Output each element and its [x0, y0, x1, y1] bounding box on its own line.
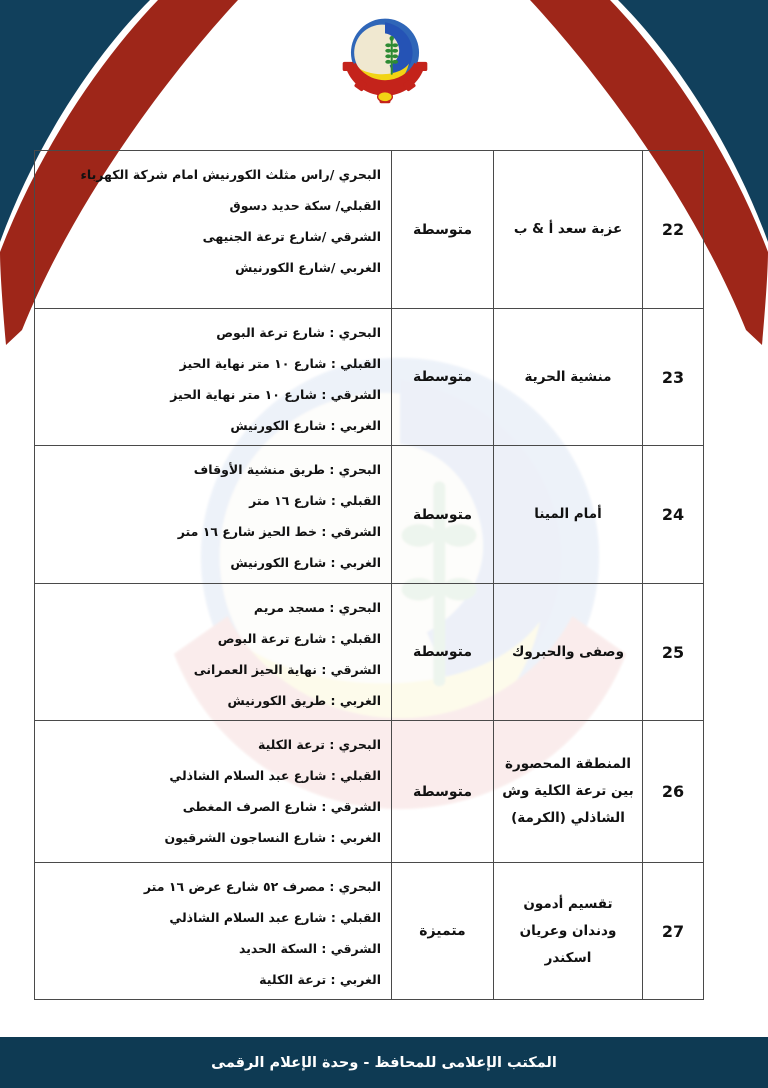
zones-table: 22عزبة سعد أ & بمتوسطةالبحري /راس مثلث ا… — [34, 150, 704, 1000]
boundary-line: الشرقي : السكة الحديد — [41, 933, 381, 964]
zone-name: وصفى والحبروك — [494, 584, 643, 721]
zone-number: 22 — [643, 151, 704, 309]
governorate-logo-icon — [339, 12, 431, 108]
boundary-line: الغربي : شارع الكورنيش — [41, 410, 381, 441]
boundary-line: القبلي/ سكة حديد دسوق — [41, 190, 381, 221]
boundary-line: القبلي : شارع ١٠ متر نهاية الحيز — [41, 348, 381, 379]
boundary-line: الغربي : شارع الكورنيش — [41, 547, 381, 578]
boundary-line: البحري : مسجد مريم — [41, 592, 381, 623]
zone-number: 24 — [643, 446, 704, 584]
zone-boundaries: البحري : طريق منشية الأوقافالقبلي : شارع… — [35, 446, 392, 584]
zone-name: عزبة سعد أ & ب — [494, 151, 643, 309]
zone-status: متوسطة — [392, 584, 494, 721]
zone-number: 27 — [643, 863, 704, 1000]
zone-status: متوسطة — [392, 721, 494, 863]
zone-boundaries: البحري : شارع ترعة البوصالقبلي : شارع ١٠… — [35, 309, 392, 446]
footer-bar: المكتب الإعلامى للمحافظ - وحدة الإعلام ا… — [0, 1037, 768, 1088]
boundary-line: الشرقي : شارع الصرف المغطى — [41, 791, 381, 822]
zone-status: متميزة — [392, 863, 494, 1000]
boundary-line: البحري /راس مثلث الكورنيش امام شركة الكه… — [41, 159, 381, 190]
zone-status: متوسطة — [392, 309, 494, 446]
zone-name: المنطقة المحصورة بين ترعة الكلية وش الشا… — [494, 721, 643, 863]
boundary-line: الشرقي : خط الحيز شارع ١٦ متر — [41, 516, 381, 547]
boundary-line: القبلي : شارع عبد السلام الشاذلي — [41, 902, 381, 933]
table-row: 26المنطقة المحصورة بين ترعة الكلية وش ال… — [35, 721, 704, 863]
zone-status: متوسطة — [392, 446, 494, 584]
boundary-line: الغربي : ترعة الكلية — [41, 964, 381, 995]
zone-number: 26 — [643, 721, 704, 863]
table-row: 24أمام المينامتوسطةالبحري : طريق منشية ا… — [35, 446, 704, 584]
table-row: 27تقسيم أدمون ودندان وعريان اسكندرمتميزة… — [35, 863, 704, 1000]
zone-name: أمام المينا — [494, 446, 643, 584]
footer-text: المكتب الإعلامى للمحافظ - وحدة الإعلام ا… — [211, 1055, 557, 1071]
zone-number: 25 — [643, 584, 704, 721]
zones-table-body: 22عزبة سعد أ & بمتوسطةالبحري /راس مثلث ا… — [35, 151, 704, 1000]
boundary-line: الغربي /شارع الكورنيش — [41, 252, 381, 283]
boundary-line: البحري : ترعة الكلية — [41, 729, 381, 760]
zone-boundaries: البحري /راس مثلث الكورنيش امام شركة الكه… — [35, 151, 392, 309]
zone-status: متوسطة — [392, 151, 494, 309]
boundary-line: القبلي : شارع عبد السلام الشاذلي — [41, 760, 381, 791]
zone-boundaries: البحري : مسجد مريمالقبلي : شارع ترعة الب… — [35, 584, 392, 721]
table-row: 23منشية الحريةمتوسطةالبحري : شارع ترعة ا… — [35, 309, 704, 446]
table-row: 22عزبة سعد أ & بمتوسطةالبحري /راس مثلث ا… — [35, 151, 704, 309]
zone-number: 23 — [643, 309, 704, 446]
table-row: 25وصفى والحبروكمتوسطةالبحري : مسجد مريما… — [35, 584, 704, 721]
zone-name: منشية الحرية — [494, 309, 643, 446]
boundary-line: البحري : مصرف ٥٢ شارع عرض ١٦ متر — [41, 871, 381, 902]
page: { "page": { "footer_text": "المكتب الإعل… — [0, 0, 768, 1088]
boundary-line: الشرقي : شارع ١٠ متر نهاية الحيز — [41, 379, 381, 410]
boundary-line: القبلي : شارع ترعة البوص — [41, 623, 381, 654]
zone-name: تقسيم أدمون ودندان وعريان اسكندر — [494, 863, 643, 1000]
boundary-line: القبلي : شارع ١٦ متر — [41, 485, 381, 516]
boundary-line: الغربي : شارع النساجون الشرقيون — [41, 822, 381, 853]
boundary-line: البحري : شارع ترعة البوص — [41, 317, 381, 348]
zone-boundaries: البحري : مصرف ٥٢ شارع عرض ١٦ مترالقبلي :… — [35, 863, 392, 1000]
zone-boundaries: البحري : ترعة الكليةالقبلي : شارع عبد ال… — [35, 721, 392, 863]
boundary-line: الشرقي : نهاية الحيز العمرانى — [41, 654, 381, 685]
boundary-line: الشرقي /شارع ترعة الجنيهى — [41, 221, 381, 252]
boundary-line: البحري : طريق منشية الأوقاف — [41, 454, 381, 485]
boundary-line: الغربي : طريق الكورنيش — [41, 685, 381, 716]
